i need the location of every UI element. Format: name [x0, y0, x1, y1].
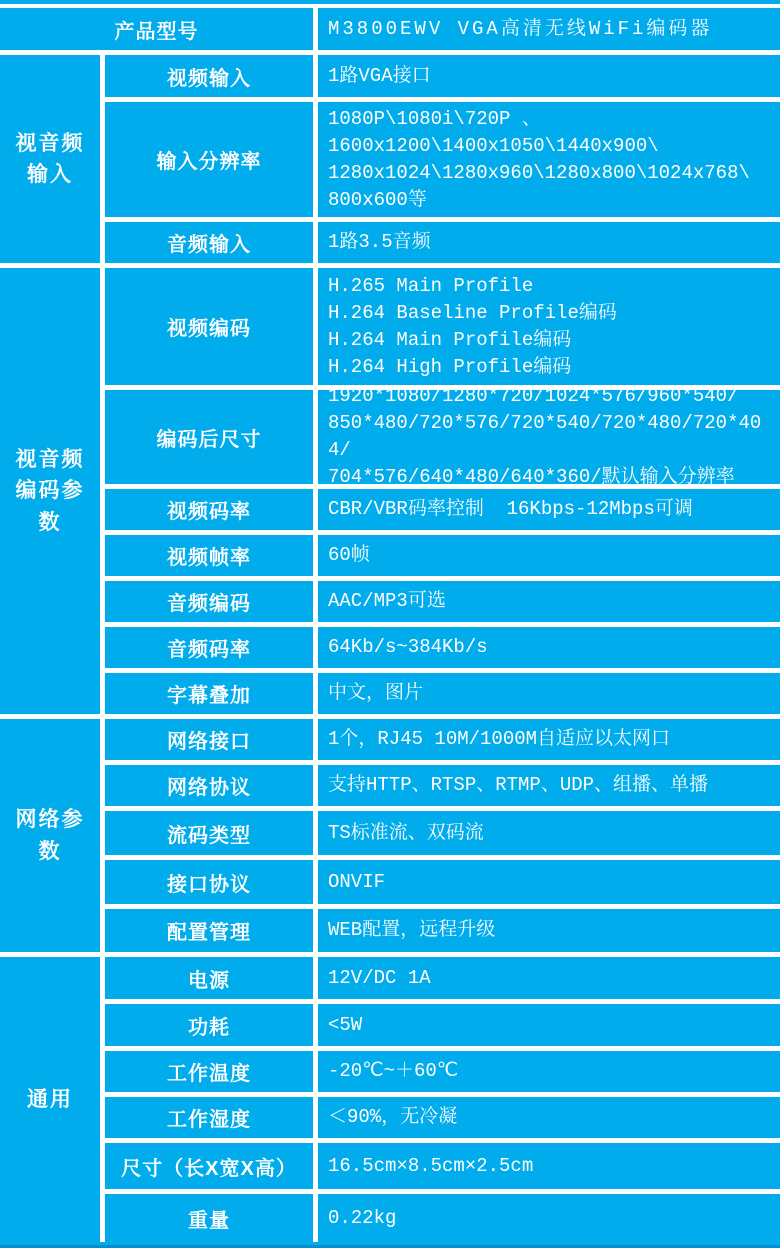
spec-row-value: 64Kb/s~384Kb/s — [318, 627, 780, 668]
spec-row-value: AAC/MP3可选 — [318, 581, 780, 622]
spec-row-value: TS标准流、双码流 — [318, 811, 780, 855]
spec-row-value: 16.5cm×8.5cm×2.5cm — [318, 1143, 780, 1189]
spec-row-label: 重量 — [105, 1194, 313, 1242]
spec-row-value: ＜90%，无冷凝 — [318, 1097, 780, 1138]
spec-row-label: 编码后尺寸 — [105, 390, 313, 484]
spec-row-value: 1路3.5音频 — [318, 222, 780, 263]
section-label-av-encoding: 视音频编码参数 — [0, 268, 100, 714]
spec-row-label: 音频码率 — [105, 627, 313, 668]
spec-row-label: 网络接口 — [105, 719, 313, 760]
spec-row-label: 配置管理 — [105, 909, 313, 952]
spec-row-value: H.265 Main Profile H.264 Baseline Profil… — [318, 268, 780, 385]
section-label-general: 通用 — [0, 957, 100, 1242]
product-model-label: 产品型号 — [0, 8, 313, 50]
spec-row-label: 功耗 — [105, 1004, 313, 1046]
spec-row-label: 网络协议 — [105, 765, 313, 806]
spec-table: 产品型号 M3800EWV VGA高清无线WiFi编码器 视音频输入 视频输入 … — [0, 4, 780, 1242]
spec-row-value: 1路VGA接口 — [318, 55, 780, 97]
spec-row-value: 0.22kg — [318, 1194, 780, 1242]
spec-row-label: 工作温度 — [105, 1051, 313, 1092]
spec-row-label: 电源 — [105, 957, 313, 999]
spec-row-label: 视频码率 — [105, 489, 313, 530]
spec-row-value: 1个，RJ45 10M/1000M自适应以太网口 — [318, 719, 780, 760]
spec-row-label: 输入分辨率 — [105, 102, 313, 217]
spec-row-value: CBR/VBR码率控制 16Kbps-12Mbps可调 — [318, 489, 780, 530]
section-label-network: 网络参数 — [0, 719, 100, 952]
spec-row-value: <5W — [318, 1004, 780, 1046]
spec-sheet: 产品型号 M3800EWV VGA高清无线WiFi编码器 视音频输入 视频输入 … — [0, 0, 780, 1248]
spec-row-value: -20℃~＋60℃ — [318, 1051, 780, 1092]
spec-row-label: 视频输入 — [105, 55, 313, 97]
spec-row-label: 流码类型 — [105, 811, 313, 855]
spec-row-value: 1080P\1080i\720P 、 1600x1200\1400x1050\1… — [318, 102, 780, 217]
spec-row-value: 60帧 — [318, 535, 780, 576]
spec-row-value: WEB配置，远程升级 — [318, 909, 780, 952]
spec-row-label: 音频编码 — [105, 581, 313, 622]
spec-row-label: 字幕叠加 — [105, 673, 313, 714]
spec-row-value: 1920*1080/1280*720/1024*576/960*540/ 850… — [318, 390, 780, 484]
spec-row-label: 工作湿度 — [105, 1097, 313, 1138]
product-model-value: M3800EWV VGA高清无线WiFi编码器 — [318, 8, 780, 50]
spec-row-label: 接口协议 — [105, 860, 313, 904]
spec-row-label: 尺寸（长X宽X高） — [105, 1143, 313, 1189]
spec-row-value: 中文，图片 — [318, 673, 780, 714]
spec-row-label: 视频帧率 — [105, 535, 313, 576]
section-label-av-input: 视音频输入 — [0, 55, 100, 263]
spec-row-label: 音频输入 — [105, 222, 313, 263]
spec-row-value: 12V/DC 1A — [318, 957, 780, 999]
spec-row-value: 支持HTTP、RTSP、RTMP、UDP、组播、单播 — [318, 765, 780, 806]
spec-row-value: ONVIF — [318, 860, 780, 904]
spec-row-label: 视频编码 — [105, 268, 313, 385]
